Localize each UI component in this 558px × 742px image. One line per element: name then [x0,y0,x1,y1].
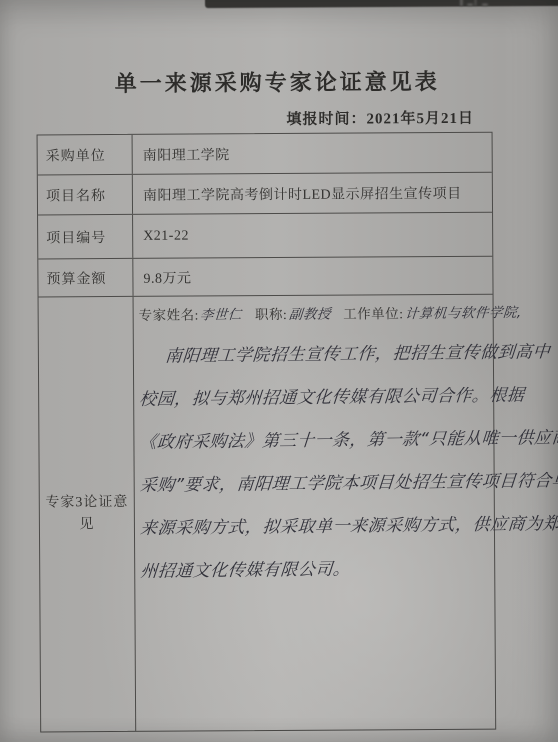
handwritten-line: 《政府采购法》第三十一条，第一款“只能从唯一供应商处 [138,417,558,465]
fill-date-value: 2021年5月21日 [366,111,474,128]
row-value-project-number: X21-22 [133,213,492,258]
handwritten-line: 来源采购方式，拟采取单一来源采购方式，供应商为郑 [138,503,558,551]
expert-name-handwritten: 李世仁 [199,300,243,332]
table-row: 项目编号 X21-22 [38,213,492,260]
row-label-project-number: 项目编号 [38,215,133,259]
expert-name-label: 专家姓名: [139,307,199,322]
row-value-purchasing-unit: 南阳理工学院 [133,133,492,174]
document-page: 单一来源采购专家论证意见表 填报时间：2021年5月21日 采购单位 南阳理工学… [0,0,558,742]
row-value-budget-amount: 9.8万元 [133,257,492,296]
table-row: 项目名称 南阳理工学院高考倒计时LED显示屏招生宣传项目 [38,173,492,216]
handwritten-line: 校园，拟与郑州招通文化传媒有限公司合作。根据 [138,374,558,422]
expert-title-handwritten: 副教授 [287,299,331,331]
expert-opinion-cell: 专家姓名:李世仁职称:副教授工作单位:计算机与软件学院, 南阳理工学院招生宣传工… [134,294,558,731]
fill-date: 填报时间：2021年5月21日 [286,107,474,129]
table-row: 采购单位 南阳理工学院 [38,133,492,176]
form-table: 采购单位 南阳理工学院 项目名称 南阳理工学院高考倒计时LED显示屏招生宣传项目… [37,132,497,733]
handwritten-opinion: 南阳理工学院招生宣传工作，把招生宣传做到高中 校园，拟与郑州招通文化传媒有限公司… [139,333,558,594]
row-label-expert3-opinion: 专家3论证意见 [39,297,137,732]
row-label-budget-amount: 预算金额 [38,259,133,297]
row-value-project-name: 南阳理工学院高考倒计时LED显示屏招生宣传项目 [133,173,492,214]
row-label-project-name: 项目名称 [38,175,133,215]
table-row-expert-opinion: 专家3论证意见 专家姓名:李世仁职称:副教授工作单位:计算机与软件学院, 南阳理… [39,295,496,732]
scanned-document-photo: ▌▂▎▂ 单一来源采购专家论证意见表 填报时间：2021年5月21日 采购单位 … [0,0,558,742]
expert-title-label: 职称: [255,307,287,322]
handwritten-line: 州招通文化传媒有限公司。 [139,546,558,594]
expert-unit-handwritten: 计算机与软件学院, [404,298,523,331]
page-title: 单一来源采购专家论证意见表 [0,64,556,98]
fill-date-label: 填报时间： [286,111,366,127]
expert-unit-label: 工作单位: [343,306,403,321]
handwritten-line: 采购”要求，南阳理工学院本项目处招生宣传项目符合单一 [138,460,558,508]
table-row: 预算金额 9.8万元 [38,257,492,298]
handwritten-line: 南阳理工学院招生宣传工作，把招生宣传做到高中 [137,331,558,379]
expert-info-line: 专家姓名:李世仁职称:副教授工作单位:计算机与软件学院, [139,297,558,331]
row-label-purchasing-unit: 采购单位 [38,135,133,175]
